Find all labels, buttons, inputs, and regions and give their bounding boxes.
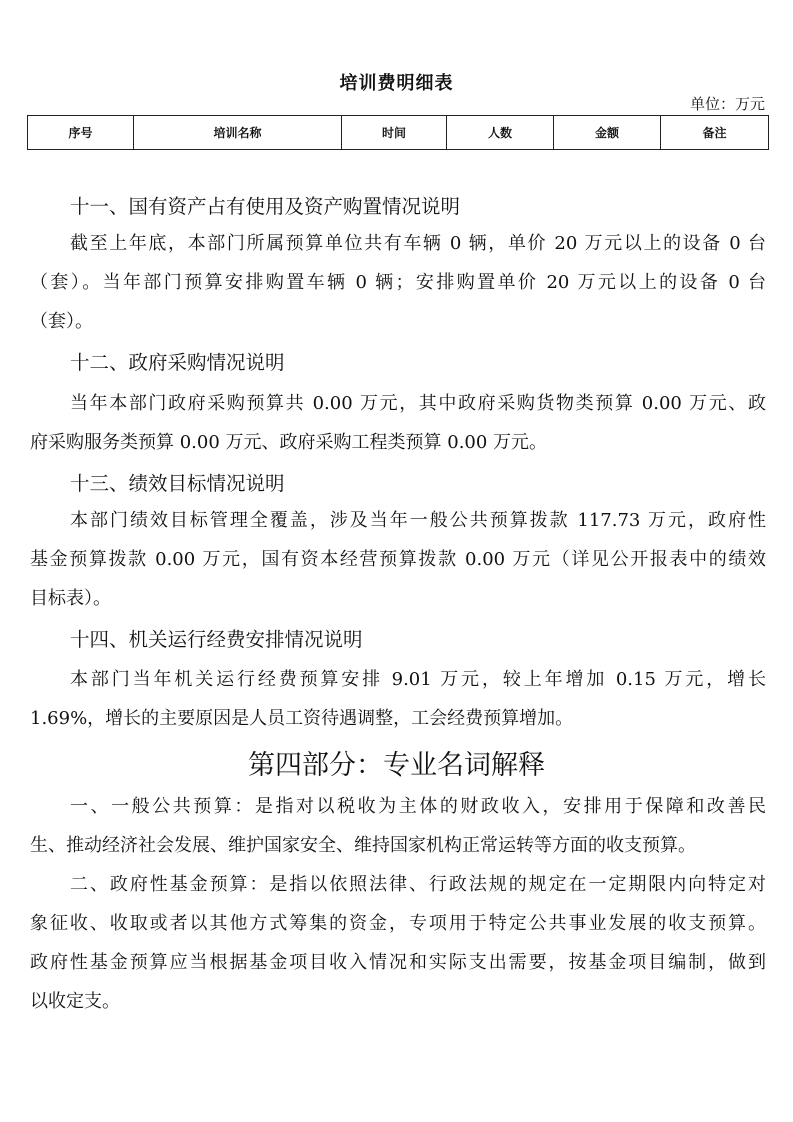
paragraph-line: 目标表）。 bbox=[30, 579, 766, 618]
section-body-operating-funds: 本部门当年机关运行经费预算安排 9.01 万元，较上年增加 0.15 万元，增长… bbox=[30, 660, 766, 738]
column-header-time: 时间 bbox=[342, 116, 447, 150]
column-header-headcount: 人数 bbox=[447, 116, 554, 150]
paragraph-line: 本部门绩效目标管理全覆盖，涉及当年一般公共预算拨款 117.73 万元，政府性 bbox=[30, 501, 766, 540]
section-body-procurement: 当年本部门政府采购预算共 0.00 万元，其中政府采购货物类预算 0.00 万元… bbox=[30, 384, 766, 462]
section-body-assets: 截至上年底，本部门所属预算单位共有车辆 0 辆，单价 20 万元以上的设备 0 … bbox=[30, 224, 766, 341]
paragraph-line: 1.69%，增长的主要原因是人员工资待遇调整，工会经费预算增加。 bbox=[30, 699, 766, 738]
section-heading-procurement: 十二、政府采购情况说明 bbox=[70, 350, 285, 376]
table-header-row: 序号 培训名称 时间 人数 金额 备注 bbox=[28, 116, 769, 150]
term-government-fund-budget: 二、政府性基金预算：是指以依照法律、行政法规的规定在一定期限内向特定对 象征收、… bbox=[30, 865, 766, 1021]
paragraph-line: 府采购服务类预算 0.00 万元、政府采购工程类预算 0.00 万元。 bbox=[30, 423, 766, 462]
section-heading-performance: 十三、绩效目标情况说明 bbox=[70, 471, 285, 497]
paragraph-line: （套）。当年部门预算安排购置车辆 0 辆；安排购置单价 20 万元以上的设备 0… bbox=[30, 263, 766, 302]
column-header-index: 序号 bbox=[28, 116, 134, 150]
section-heading-operating-funds: 十四、机关运行经费安排情况说明 bbox=[70, 627, 363, 653]
paragraph-line: 政府性基金预算应当根据基金项目收入情况和实际支出需要，按基金项目编制，做到 bbox=[30, 943, 766, 982]
paragraph-line: 二、政府性基金预算：是指以依照法律、行政法规的规定在一定期限内向特定对 bbox=[30, 865, 766, 904]
paragraph-line: 生、推动经济社会发展、维护国家安全、维持国家机构正常运转等方面的收支预算。 bbox=[30, 826, 766, 865]
paragraph-line: （套）。 bbox=[30, 302, 766, 341]
paragraph-line: 一、一般公共预算：是指对以税收为主体的财政收入，安排用于保障和改善民 bbox=[30, 787, 766, 826]
table-title: 培训费明细表 bbox=[0, 70, 793, 98]
section-body-performance: 本部门绩效目标管理全覆盖，涉及当年一般公共预算拨款 117.73 万元，政府性 … bbox=[30, 501, 766, 618]
paragraph-line: 当年本部门政府采购预算共 0.00 万元，其中政府采购货物类预算 0.00 万元… bbox=[30, 384, 766, 423]
training-fee-table: 序号 培训名称 时间 人数 金额 备注 bbox=[27, 115, 769, 150]
paragraph-line: 象征收、收取或者以其他方式筹集的资金，专项用于特定公共事业发展的收支预算。 bbox=[30, 904, 766, 943]
column-header-remarks: 备注 bbox=[661, 116, 769, 150]
term-general-public-budget: 一、一般公共预算：是指对以税收为主体的财政收入，安排用于保障和改善民 生、推动经… bbox=[30, 787, 766, 865]
unit-label: 单位：万元 bbox=[690, 93, 765, 115]
column-header-amount: 金额 bbox=[554, 116, 661, 150]
paragraph-line: 截至上年底，本部门所属预算单位共有车辆 0 辆，单价 20 万元以上的设备 0 … bbox=[30, 224, 766, 263]
section-heading-assets: 十一、国有资产占有使用及资产购置情况说明 bbox=[70, 194, 460, 220]
column-header-training-name: 培训名称 bbox=[134, 116, 342, 150]
part-four-title: 第四部分：专业名词解释 bbox=[0, 748, 793, 784]
paragraph-line: 以收定支。 bbox=[30, 982, 766, 1021]
paragraph-line: 基金预算拨款 0.00 万元，国有资本经营预算拨款 0.00 万元（详见公开报表… bbox=[30, 540, 766, 579]
paragraph-line: 本部门当年机关运行经费预算安排 9.01 万元，较上年增加 0.15 万元，增长 bbox=[30, 660, 766, 699]
